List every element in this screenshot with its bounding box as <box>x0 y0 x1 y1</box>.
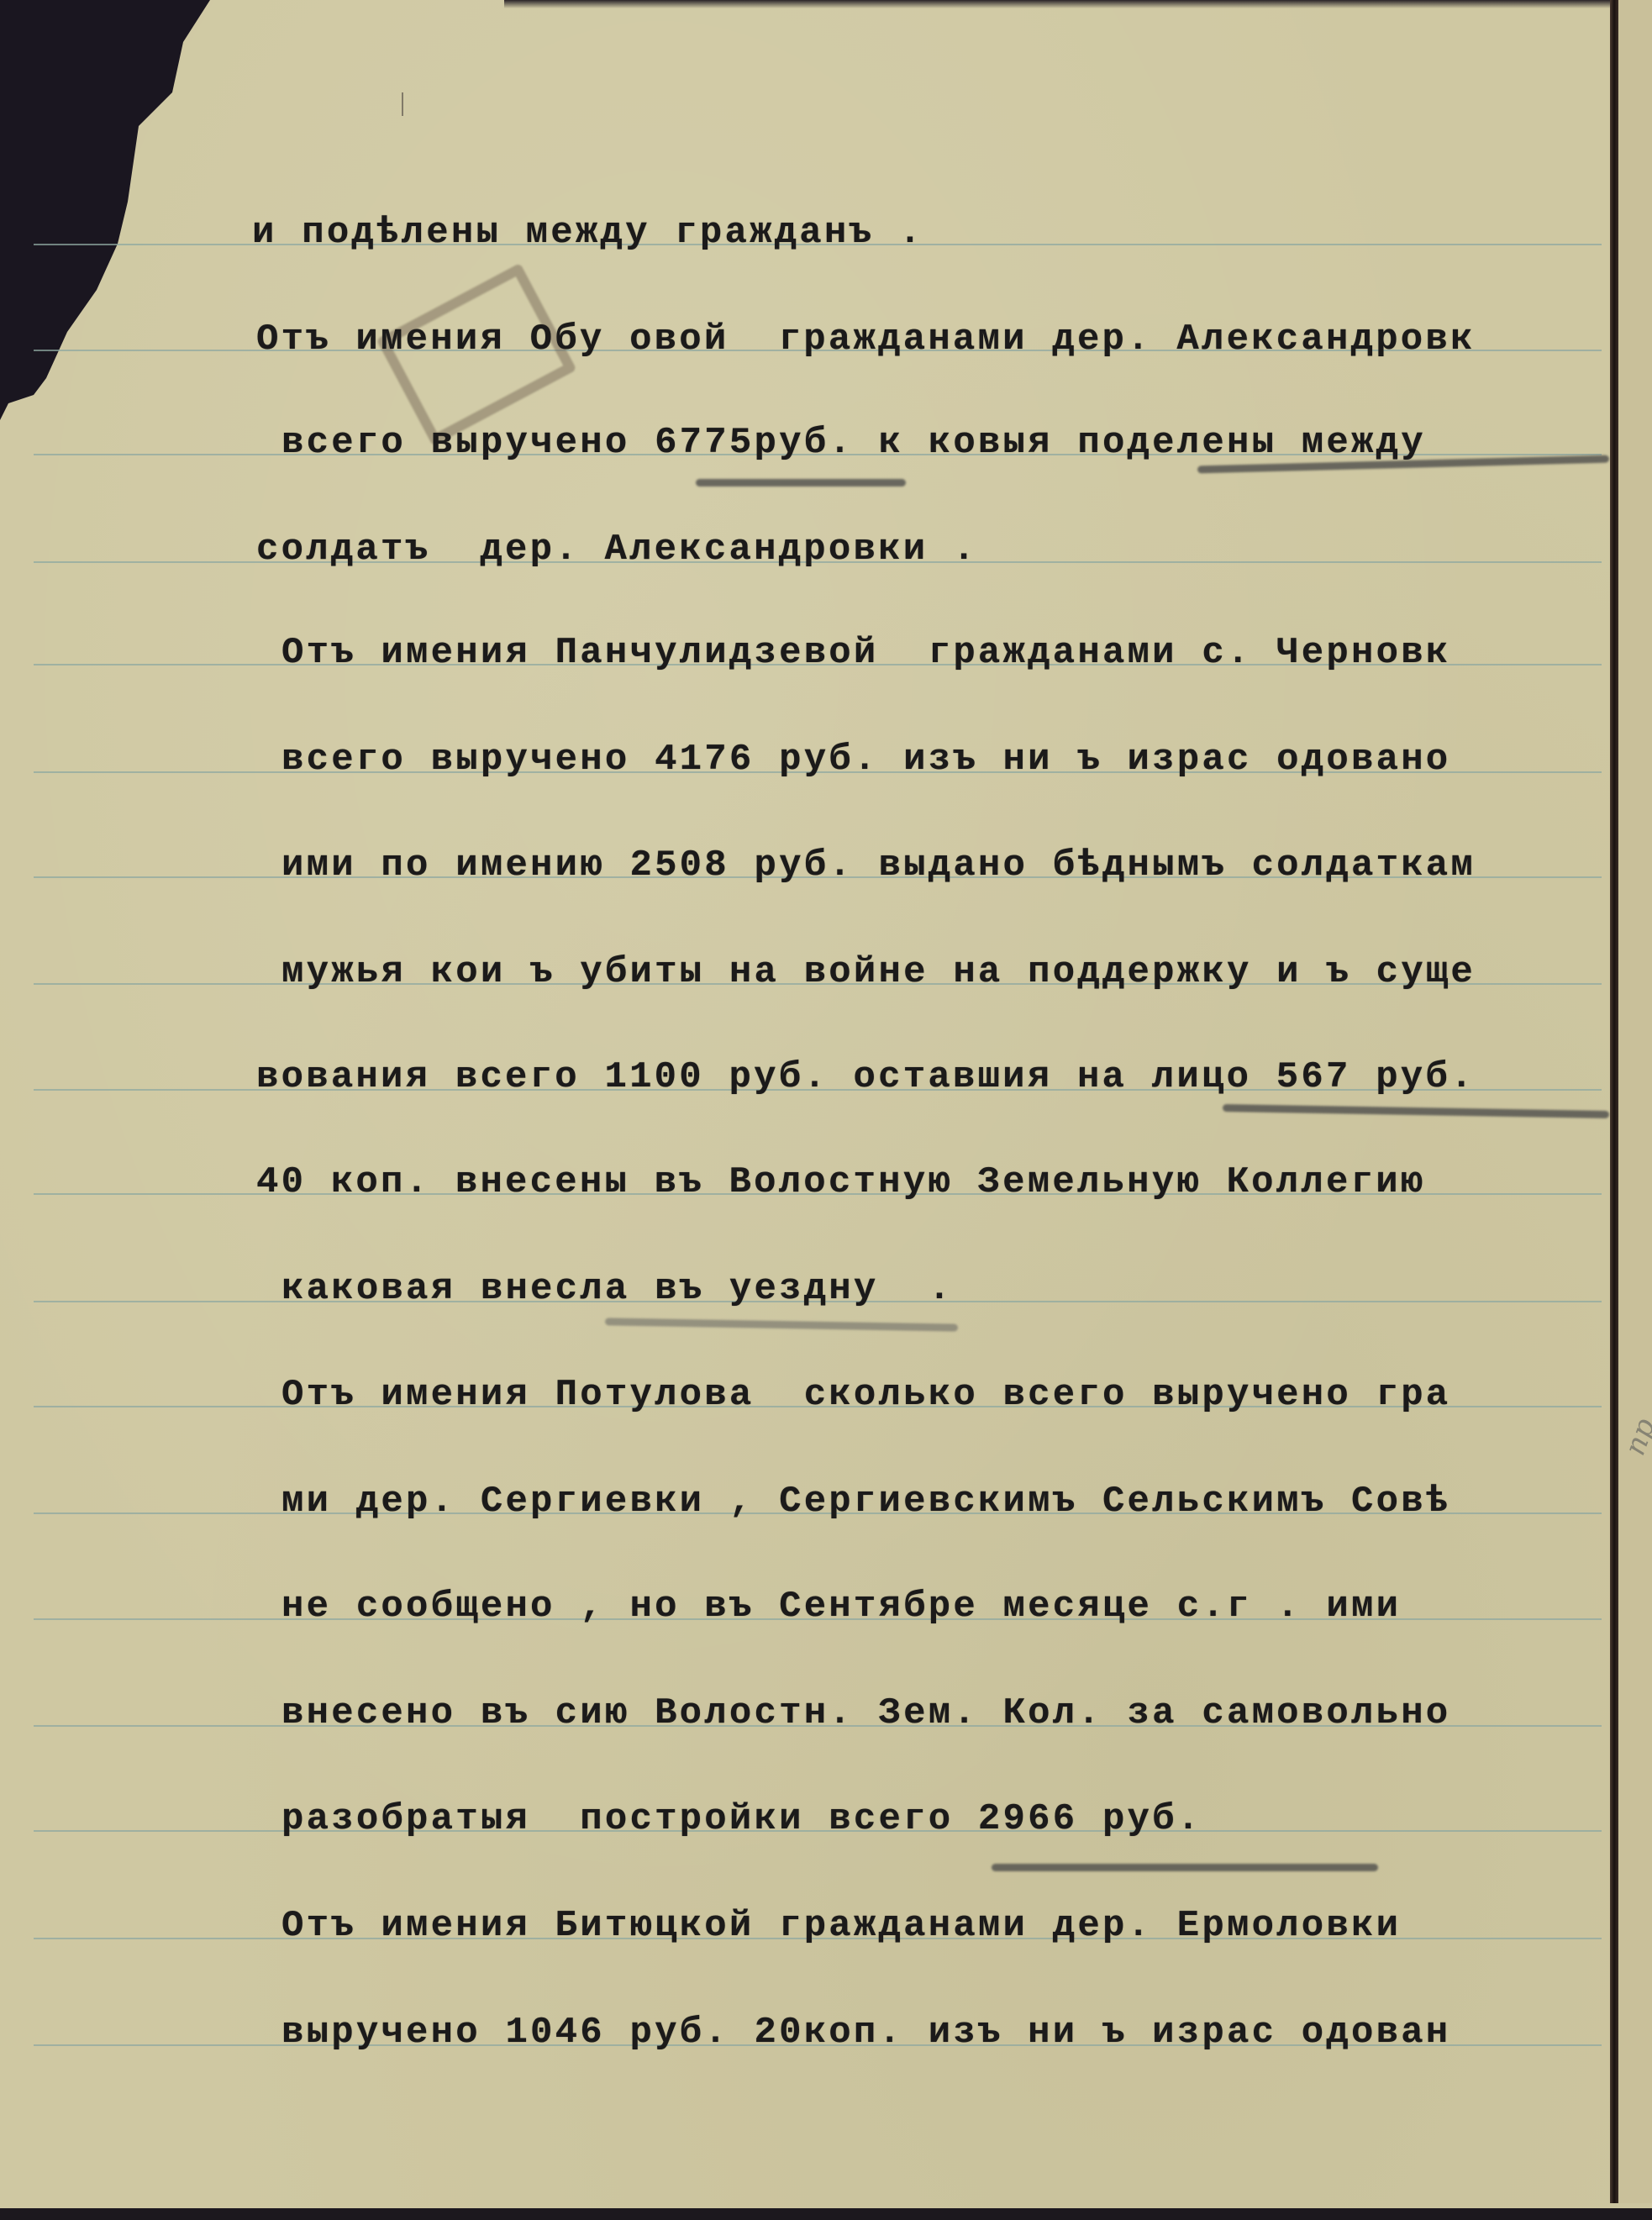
text-line: Отъ имения Обу овой гражданами дер. Алек… <box>256 321 1476 358</box>
pencil-underline <box>1223 1104 1609 1118</box>
adjacent-page-margin <box>1618 0 1652 2203</box>
page-bottom-shadow <box>0 2208 1652 2220</box>
pen-mark <box>402 92 403 116</box>
text-line: разобратыя постройки всего 2966 руб. <box>281 1801 1202 1838</box>
text-line: ми дер. Сергиевки , Сергиевскимъ Сельски… <box>281 1483 1450 1520</box>
page-binding-edge <box>1610 0 1618 2203</box>
text-line: Отъ имения Потулова сколько всего выруче… <box>281 1376 1450 1413</box>
page-top-shadow <box>504 0 1652 8</box>
text-line: Отъ имения Панчулидзевой гражданами с. Ч… <box>281 634 1450 671</box>
torn-corner <box>0 0 252 420</box>
pencil-underline <box>696 479 906 487</box>
text-line: мужья кои ъ убиты на войне на поддержку … <box>281 954 1476 991</box>
pencil-underline <box>605 1318 958 1331</box>
pencil-underline <box>992 1864 1378 1871</box>
text-line: всего выручено 6775руб. к ковыя поделены… <box>281 424 1426 461</box>
text-line: 40 коп. внесены въ Волостную Земельную К… <box>256 1164 1425 1201</box>
text-line: не сообщено , но въ Сентябре месяце с.г … <box>281 1588 1401 1625</box>
text-line: Отъ имения Битюцкой гражданами дер. Ермо… <box>281 1907 1401 1944</box>
text-line: выручено 1046 руб. 20коп. изъ ни ъ израс… <box>281 2014 1450 2051</box>
text-line: внесено въ сию Волостн. Зем. Кол. за сам… <box>281 1695 1450 1732</box>
text-line: вования всего 1100 руб. оставшия на лицо… <box>256 1059 1476 1096</box>
text-line: каковая внесла въ уездну . <box>281 1270 953 1307</box>
text-line: и подѣлены между гражданъ . <box>252 214 923 251</box>
text-line: всего выручено 4176 руб. изъ ни ъ израс … <box>281 741 1450 778</box>
text-line: ими по имению 2508 руб. выдано бѣднымъ с… <box>281 847 1476 884</box>
document-page: и подѣлены между гражданъ . Отъ имения О… <box>0 0 1652 2212</box>
text-line: солдатъ дер. Александровки . <box>256 531 978 568</box>
